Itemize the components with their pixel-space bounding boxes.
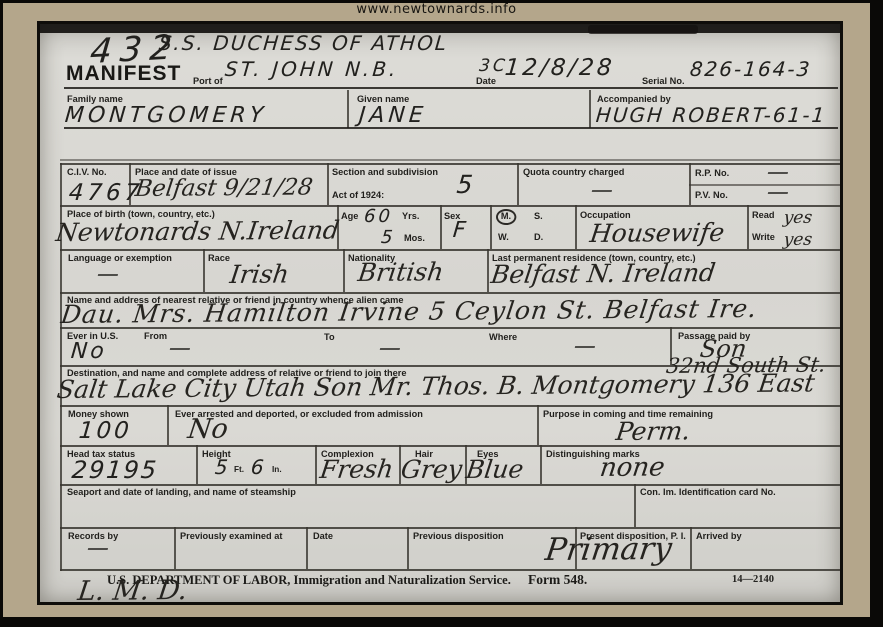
age-label: Age <box>341 211 358 222</box>
age-years-value: 60 <box>363 206 394 227</box>
rowB-div <box>575 205 577 249</box>
destination-note: 32nd South St. <box>665 353 827 378</box>
age-years-unit: Yrs. <box>402 211 419 222</box>
prev-disp-label: Previous disposition <box>413 531 504 542</box>
present-disp-value: Primary <box>543 531 674 568</box>
where-value: — <box>573 334 600 359</box>
table-line <box>60 163 842 165</box>
rowJ-div <box>174 527 176 569</box>
age-months-unit: Mos. <box>404 233 425 244</box>
write-value: yes <box>782 230 813 250</box>
rowB-div <box>440 205 442 249</box>
to-label: To <box>324 332 335 343</box>
seaport-label: Seaport and date of landing, and name of… <box>67 487 296 498</box>
read-label: Read <box>752 210 775 221</box>
arrested-value: No <box>186 414 230 445</box>
sex-value: F <box>452 218 470 243</box>
height-inches-value: 6 <box>250 455 268 479</box>
from-label: From <box>144 331 167 342</box>
marital-s: S. <box>534 211 543 222</box>
name-divider-2 <box>589 90 591 128</box>
rowC-div <box>203 249 205 292</box>
table-line <box>60 569 842 571</box>
table-line <box>60 484 842 486</box>
rowB-div <box>490 205 492 249</box>
rowB-div <box>747 205 749 249</box>
manifest-title: MANIFEST <box>66 62 181 86</box>
rowJ-div <box>306 527 308 569</box>
hair-value: Grey <box>399 454 464 484</box>
birth-value: Newtonards N.Ireland <box>54 216 341 247</box>
date2-label: Date <box>313 531 333 542</box>
height-feet-unit: Ft. <box>234 464 244 474</box>
money-value: 100 <box>78 418 133 444</box>
table-line <box>60 405 842 407</box>
manifest-card: 432 S.S. DUCHESS OF ATHOL 3C MANIFEST Po… <box>37 21 843 605</box>
ever-us-value: No <box>70 339 108 364</box>
rp-pv-divider <box>689 184 840 186</box>
age-months-value: 5 <box>380 227 396 248</box>
write-label: Write <box>752 232 775 243</box>
con-im-label: Con. Im. Identification card No. <box>640 487 776 498</box>
race-label: Race <box>208 253 230 264</box>
language-value: — <box>96 262 123 287</box>
purpose-value: Perm. <box>614 416 692 446</box>
marital-m-circled: M. <box>496 209 516 225</box>
to-value: — <box>378 336 405 361</box>
table-right-border <box>840 163 842 571</box>
section-label: Section and subdivision <box>332 167 438 178</box>
eyes-value: Blue <box>464 455 525 484</box>
occupation-value: Housewife <box>588 218 726 248</box>
rowH-div <box>196 445 198 484</box>
head-tax-value: 29195 <box>71 456 160 484</box>
accompanied-value: HUGH ROBERT-61-1 <box>595 103 828 127</box>
rowA-div <box>327 163 329 205</box>
family-name-value: MONTGOMERY <box>64 103 268 128</box>
rowH-div <box>315 445 317 484</box>
complexion-value: Fresh <box>318 454 395 484</box>
rowJ-div <box>690 527 692 569</box>
serial-label: Serial No. <box>642 76 685 87</box>
where-label: Where <box>489 332 517 343</box>
table-line <box>60 527 842 529</box>
rp-label: R.P. No. <box>695 168 729 179</box>
rowG-div <box>537 405 539 445</box>
pv-label: P.V. No. <box>695 190 728 201</box>
rowJ-div <box>407 527 409 569</box>
marital-d: D. <box>534 232 543 243</box>
table-line <box>60 445 842 447</box>
table-line <box>60 249 842 251</box>
tan-mat-background: www.newtownards.info 432 S.S. DUCHESS OF… <box>3 3 870 617</box>
issue-value: Belfast 9/21/28 <box>134 174 315 202</box>
nationality-value: British <box>356 257 445 287</box>
read-value: yes <box>782 208 813 228</box>
table-line <box>60 159 842 161</box>
marks-value: none <box>598 452 667 483</box>
marital-w: W. <box>498 232 509 243</box>
given-name-value: JANE <box>358 103 428 128</box>
height-feet-value: 5 <box>214 455 232 479</box>
relative-value: Dau. Mrs. Hamilton Irvine 5 Ceylon St. B… <box>59 294 759 329</box>
site-url: www.newtownards.info <box>3 2 870 17</box>
rowG-div <box>167 405 169 445</box>
residence-value: Belfast N. Ireland <box>489 258 717 289</box>
date-label: Date <box>476 76 496 87</box>
quota-label: Quota country charged <box>523 167 624 178</box>
prev-exam-label: Previously examined at <box>180 531 282 542</box>
port-value: ST. JOHN N.B. <box>224 57 400 81</box>
act-label: Act of 1924: <box>332 190 384 201</box>
rowI-div <box>634 484 636 527</box>
quota-value: — <box>590 178 617 203</box>
form-number: Form 548. <box>528 572 587 587</box>
date-value: 12/8/28 <box>504 55 616 81</box>
ship-name: S.S. DUCHESS OF ATHOL <box>158 31 449 55</box>
name-divider-1 <box>347 90 349 128</box>
header-rule <box>64 87 838 89</box>
height-inches-unit: In. <box>272 464 282 474</box>
civ-label: C.I.V. No. <box>67 167 107 178</box>
rowC-div <box>343 249 345 292</box>
section-value: 5 <box>455 170 476 199</box>
from-value: — <box>168 336 195 361</box>
scan-smudge <box>588 25 698 34</box>
inspector-initials: L. M. D. <box>76 575 189 605</box>
table-line <box>60 205 842 207</box>
rowH-div <box>540 445 542 484</box>
name-rule <box>64 127 838 129</box>
pv-value: — <box>766 180 793 205</box>
arrived-label: Arrived by <box>696 531 742 542</box>
race-value: Irish <box>228 259 291 289</box>
serial-value: 826-164-3 <box>689 57 813 81</box>
port-label: Port of <box>193 76 223 87</box>
plate-code: 14—2140 <box>732 574 774 585</box>
rowA-div <box>517 163 519 205</box>
civ-value: 4767 <box>68 180 145 206</box>
records-value: — <box>86 536 113 561</box>
